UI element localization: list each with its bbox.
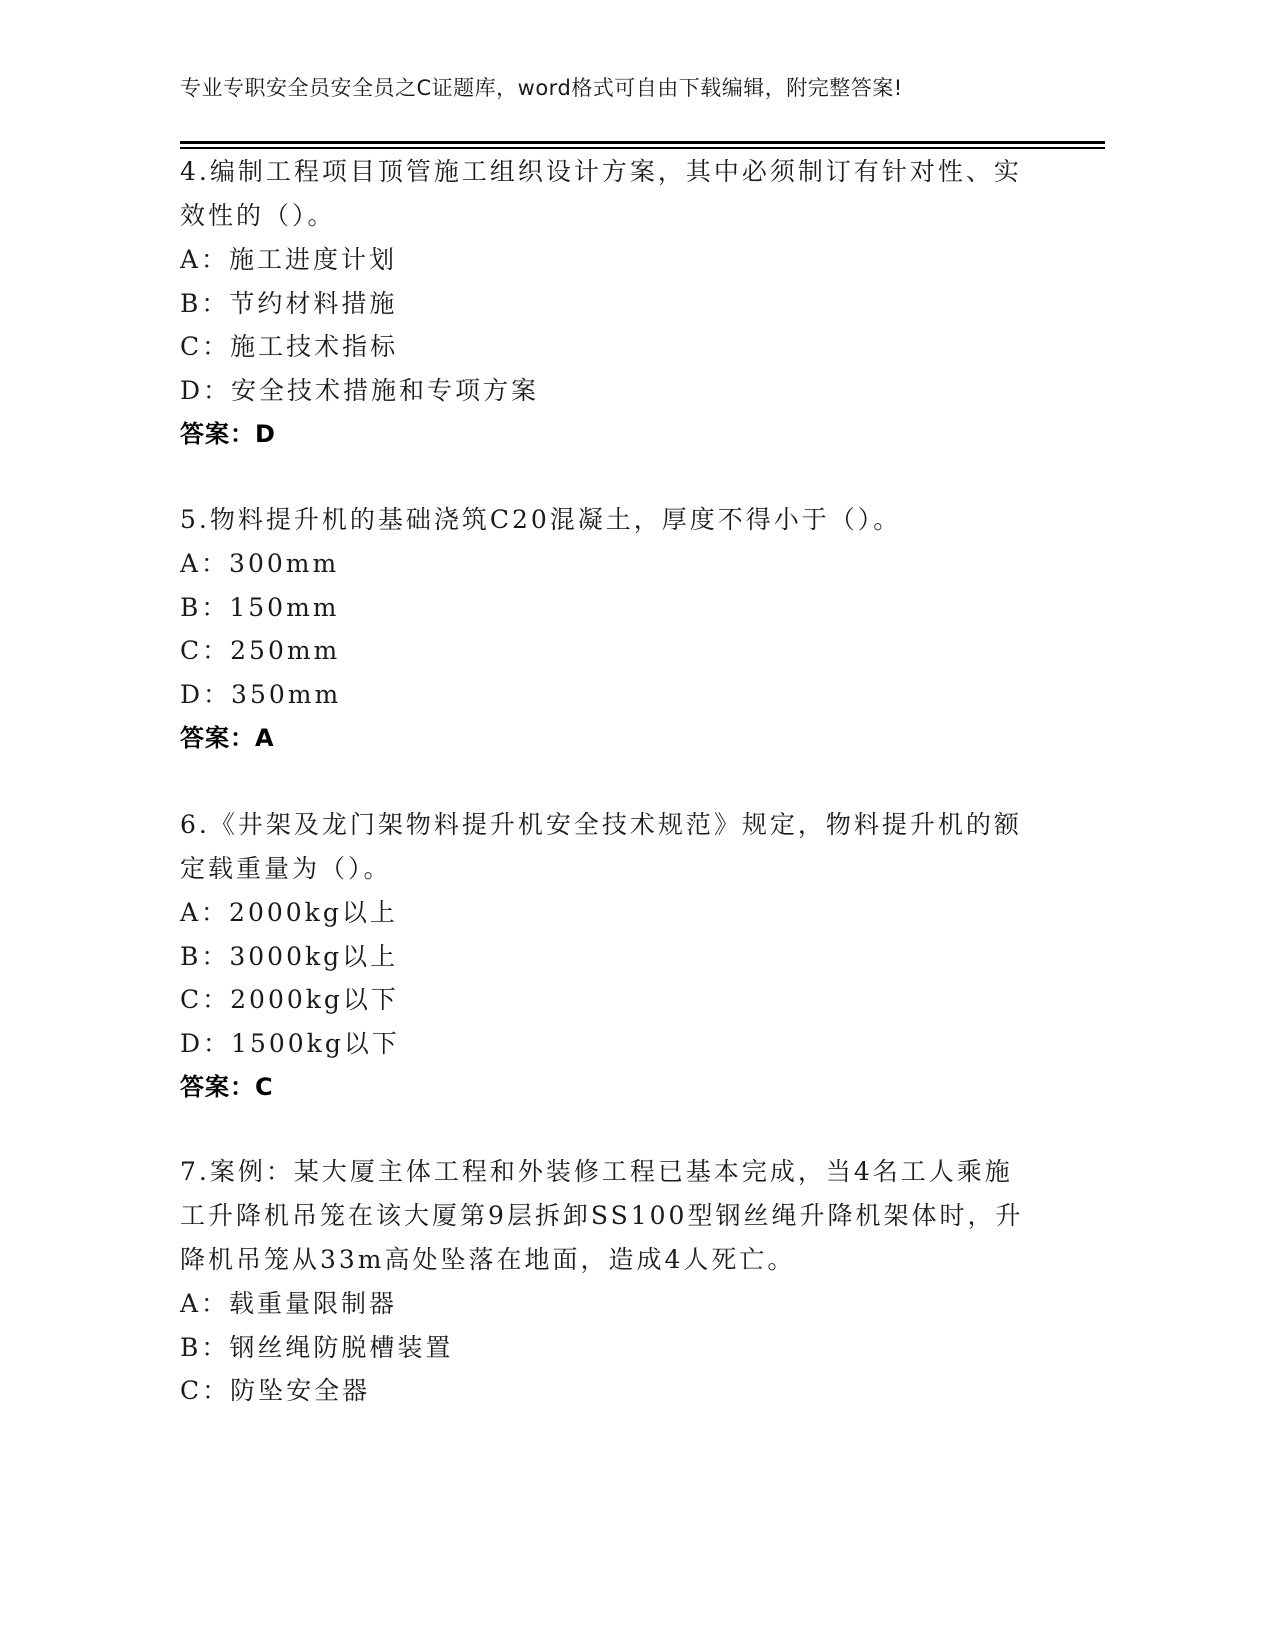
question-text-line: 4.编制工程项目顶管施工组织设计方案，其中必须制订有针对性、实: [180, 150, 1030, 194]
question-text-line: 效性的（）。: [180, 194, 1030, 238]
option-a: A：载重量限制器: [180, 1282, 1030, 1326]
option-b: B：钢丝绳防脱槽装置: [180, 1326, 1030, 1370]
question-4: 4.编制工程项目顶管施工组织设计方案，其中必须制订有针对性、实 效性的（）。 A…: [180, 150, 1030, 456]
question-text-line: 工升降机吊笼在该大厦第9层拆卸SS100型钢丝绳升降机架体时，升: [180, 1194, 1030, 1238]
rule-thin-line: [180, 147, 1105, 149]
option-d: D：350mm: [180, 673, 1030, 717]
option-c: C：防坠安全器: [180, 1369, 1030, 1413]
option-b: B：150mm: [180, 586, 1030, 630]
question-text-line: 6.《井架及龙门架物料提升机安全技术规范》规定，物料提升机的额: [180, 803, 1030, 847]
question-text-line: 定载重量为（）。: [180, 847, 1030, 891]
page-header: 专业专职安全员安全员之C证题库，word格式可自由下载编辑，附完整答案!: [180, 72, 903, 102]
option-b: B：3000kg以上: [180, 935, 1030, 979]
option-c: C：2000kg以下: [180, 978, 1030, 1022]
question-5: 5.物料提升机的基础浇筑C20混凝土，厚度不得小于（）。 A：300mm B：1…: [180, 498, 1030, 760]
option-d: D：安全技术措施和专项方案: [180, 369, 1030, 413]
option-b: B：节约材料措施: [180, 282, 1030, 326]
option-a: A：300mm: [180, 542, 1030, 586]
option-c: C：250mm: [180, 629, 1030, 673]
question-text-line: 7.案例：某大厦主体工程和外装修工程已基本完成，当4名工人乘施: [180, 1150, 1030, 1194]
question-text-line: 5.物料提升机的基础浇筑C20混凝土，厚度不得小于（）。: [180, 498, 1030, 542]
answer: 答案：D: [180, 412, 1030, 456]
option-c: C：施工技术指标: [180, 325, 1030, 369]
question-text-line: 降机吊笼从33m高处坠落在地面，造成4人死亡。: [180, 1238, 1030, 1282]
option-d: D：1500kg以下: [180, 1022, 1030, 1066]
option-a: A：2000kg以上: [180, 891, 1030, 935]
question-6: 6.《井架及龙门架物料提升机安全技术规范》规定，物料提升机的额 定载重量为（）。…: [180, 803, 1030, 1109]
answer: 答案：A: [180, 716, 1030, 760]
rule-thick-line: [180, 141, 1105, 144]
question-7: 7.案例：某大厦主体工程和外装修工程已基本完成，当4名工人乘施 工升降机吊笼在该…: [180, 1150, 1030, 1413]
option-a: A：施工进度计划: [180, 238, 1030, 282]
answer: 答案：C: [180, 1065, 1030, 1109]
